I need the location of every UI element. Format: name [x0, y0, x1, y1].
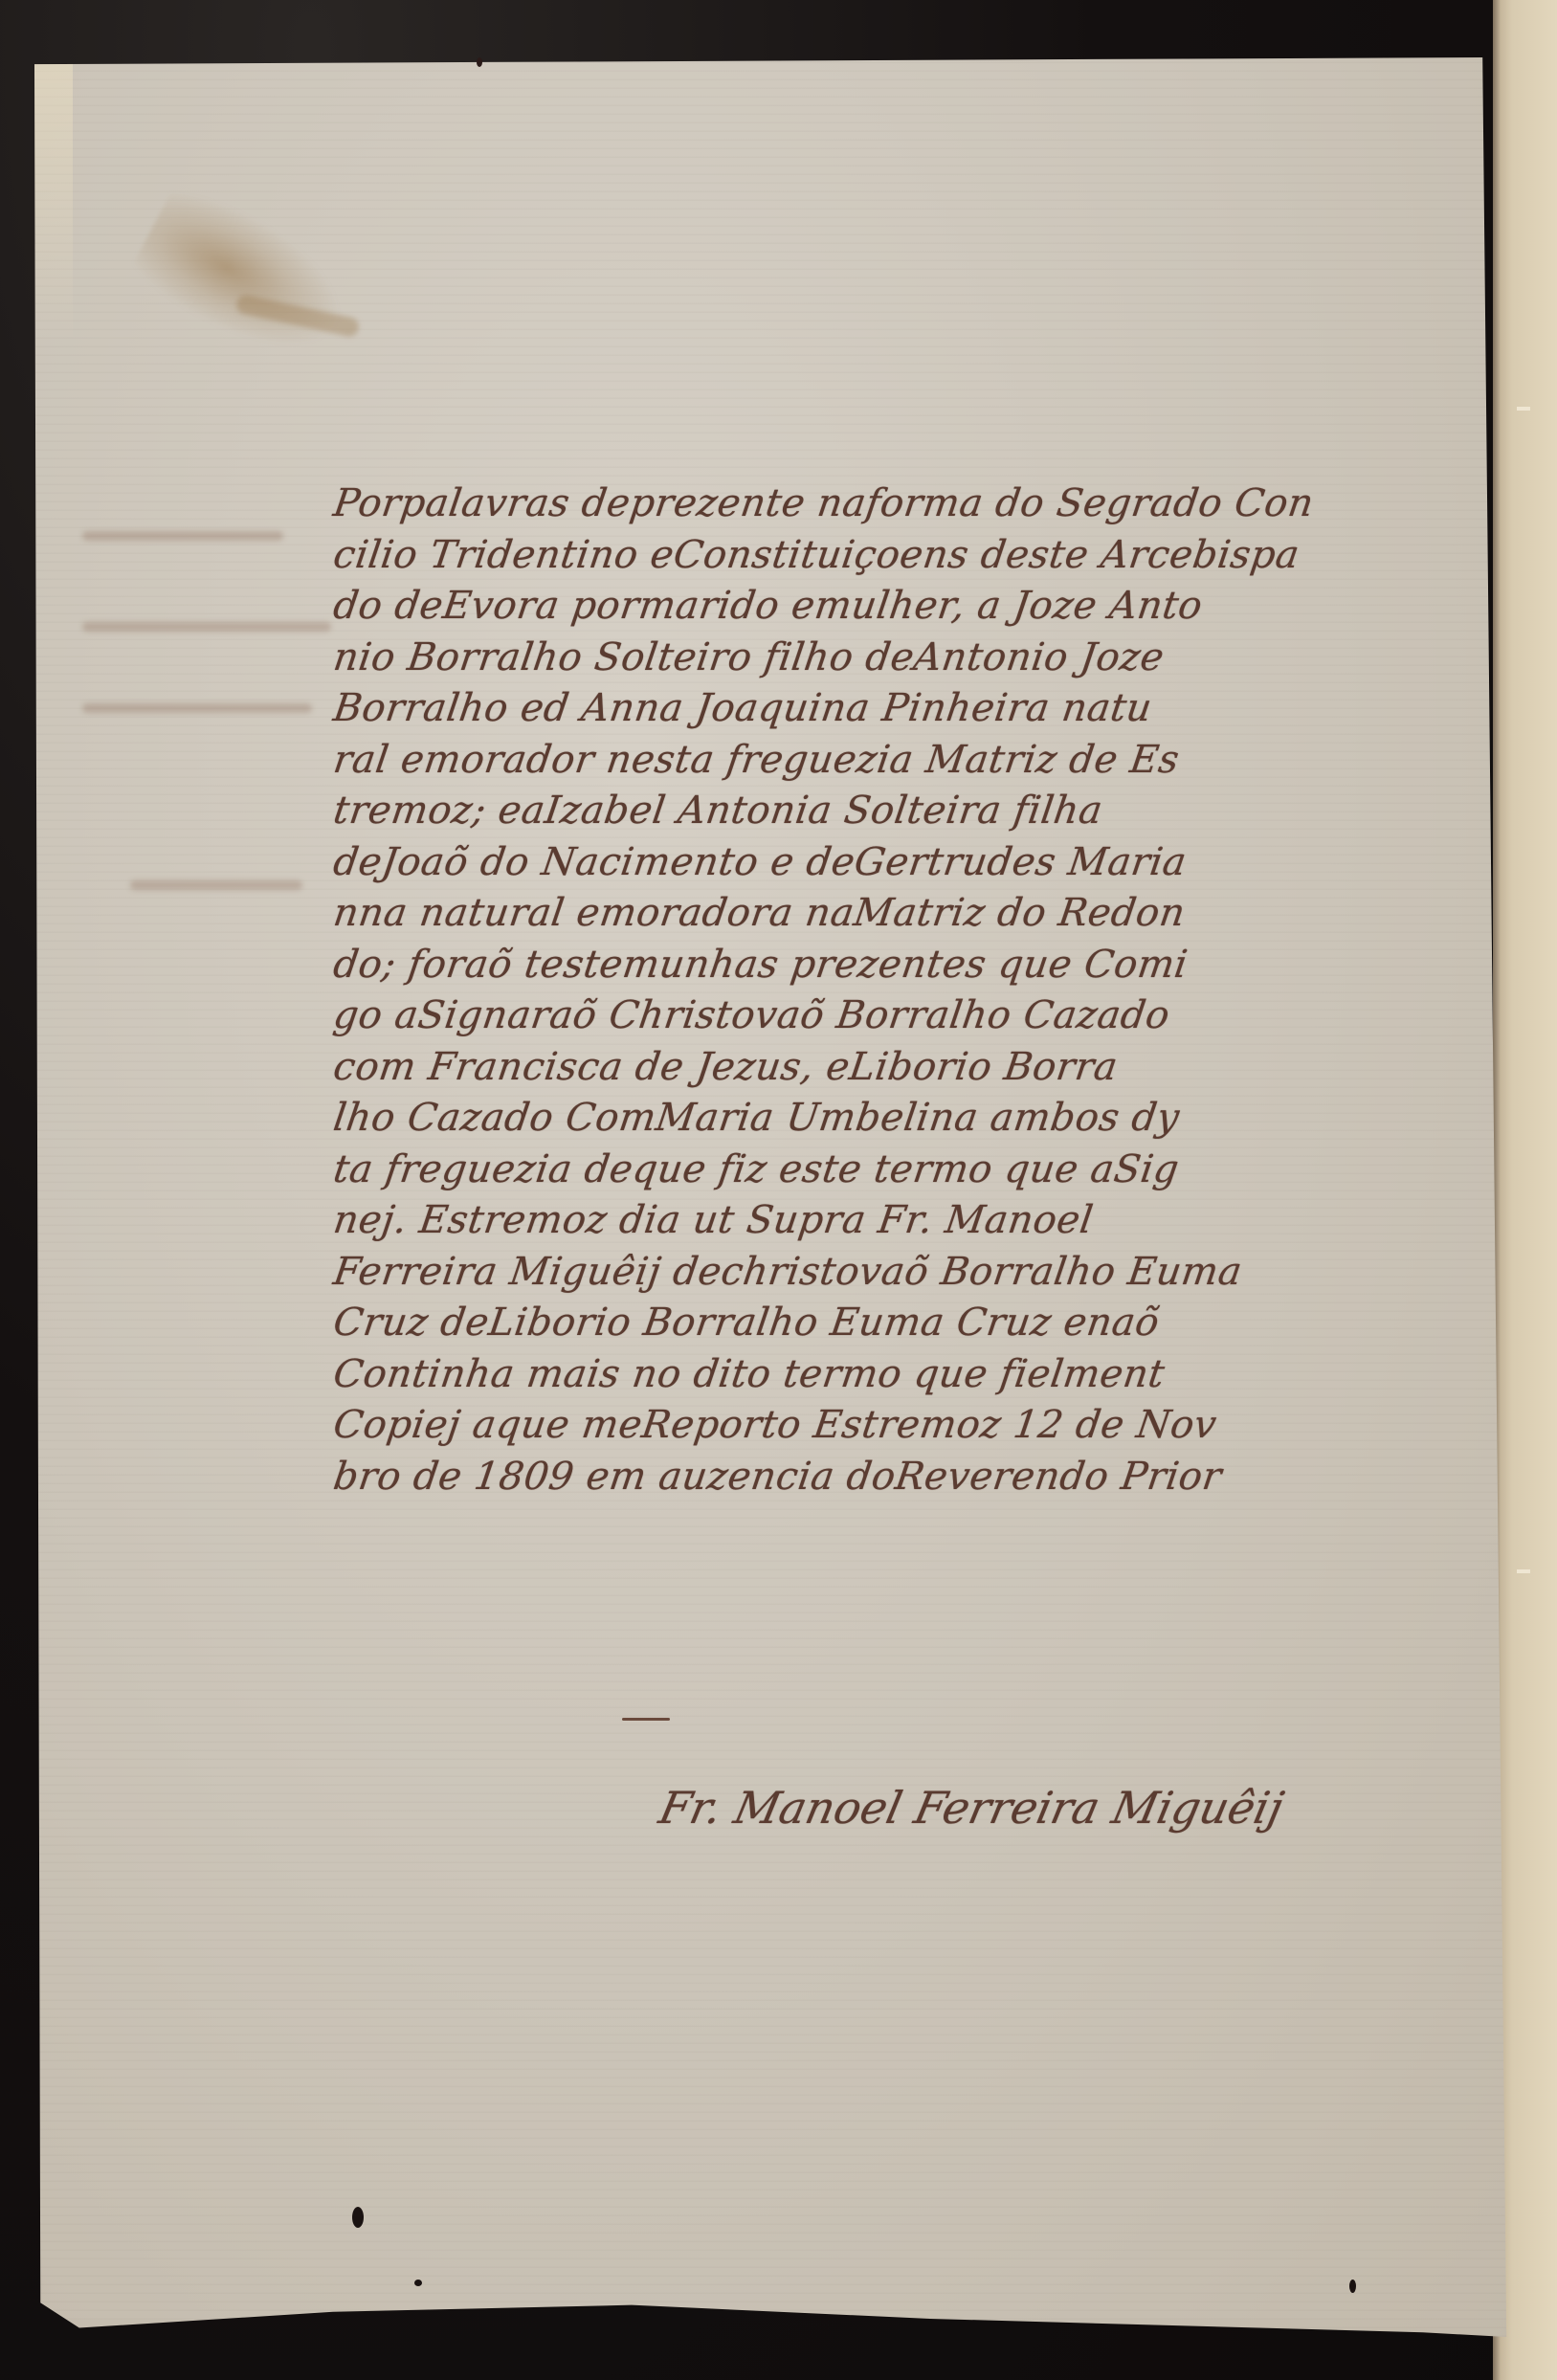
bleed-through-writing — [130, 880, 302, 890]
manuscript-line: com Francisca de Jezus, eLiborio Borra — [330, 1042, 1524, 1094]
manuscript-line: lho Cazado ComMaria Umbelina ambos dy — [330, 1093, 1524, 1145]
manuscript-line: Cruz deLiborio Borralho Euma Cruz enaõ — [330, 1298, 1524, 1349]
manuscript-body: Porpalavras deprezente naforma do Segrad… — [330, 478, 1517, 1502]
bleed-through-writing — [82, 703, 312, 713]
manuscript-line: go aSignaraõ Christovaõ Borralho Cazado — [330, 990, 1524, 1042]
ink-stain — [125, 177, 366, 377]
manuscript-line: deJoaõ do Nacimento e deGertrudes Maria — [330, 837, 1524, 889]
manuscript-line: Ferreira Miguêij dechristovaõ Borralho E… — [330, 1247, 1524, 1299]
paper-hole — [414, 2280, 422, 2286]
manuscript-line: ral emorador nesta freguezia Matriz de E… — [330, 735, 1524, 787]
binding-stitch — [1517, 1569, 1530, 1573]
manuscript-line: do deEvora pormarido emulher, a Joze Ant… — [330, 581, 1524, 633]
manuscript-line: do; foraõ testemunhas prezentes que Comi — [330, 940, 1524, 991]
manuscript-line: nio Borralho Solteiro filho deAntonio Jo… — [330, 633, 1524, 684]
manuscript-line: Continha mais no dito termo que fielment — [330, 1349, 1524, 1401]
manuscript-line: ta freguezia deque fiz este termo que aS… — [330, 1145, 1524, 1196]
manuscript-line: bro de 1809 em auzencia doReverendo Prio… — [330, 1452, 1524, 1503]
manuscript-line: Porpalavras deprezente naforma do Segrad… — [330, 478, 1524, 530]
manuscript-line: Borralho ed Anna Joaquina Pinheira natu — [330, 683, 1524, 735]
signature: Fr. Manoel Ferreira Miguêij — [655, 1782, 1288, 1834]
manuscript-line: cilio Tridentino eConstituiçoens deste A… — [330, 530, 1524, 582]
bleed-through-writing — [82, 531, 283, 541]
manuscript-line: Copiej aque meReporto Estremoz 12 de Nov — [330, 1400, 1524, 1452]
year-underline — [622, 1718, 670, 1721]
ink-blot — [477, 57, 482, 67]
bleed-through-writing — [82, 622, 331, 632]
paper-hole — [352, 2207, 364, 2228]
manuscript-line: nej. Estremoz dia ut Supra Fr. Manoel — [330, 1195, 1524, 1247]
binding-stitch — [1517, 407, 1530, 411]
manuscript-line: tremoz; eaIzabel Antonia Solteira filha — [330, 786, 1524, 837]
paper-hole — [1349, 2280, 1356, 2293]
manuscript-line: nna natural emoradora naMatriz do Redon — [330, 888, 1524, 940]
